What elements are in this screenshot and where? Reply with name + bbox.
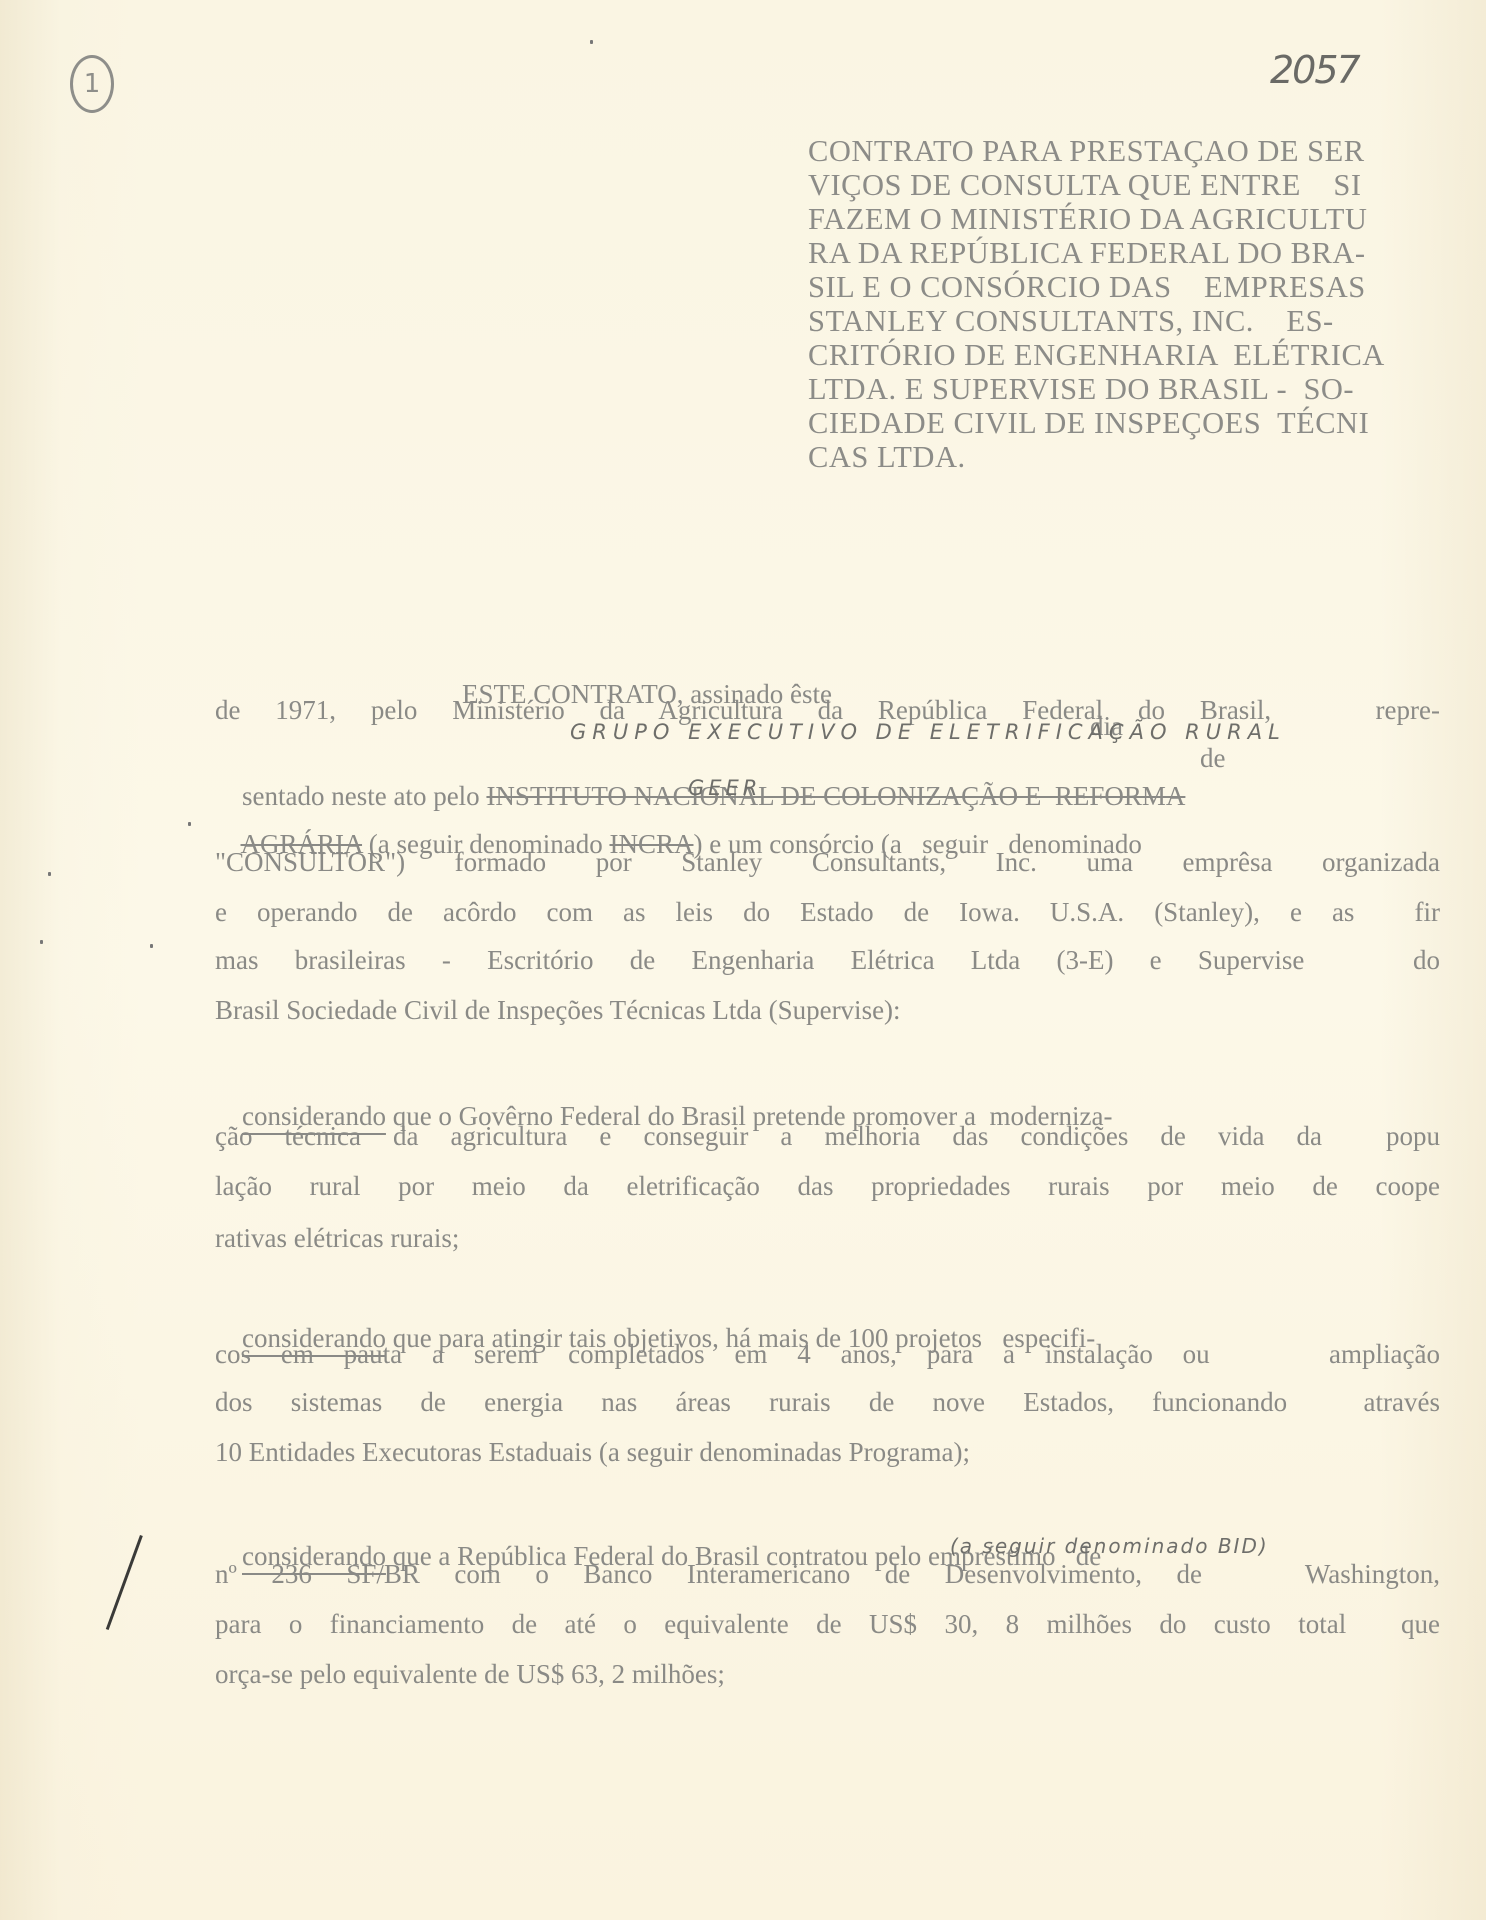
handwritten-folio-number: 2057 — [1270, 48, 1359, 92]
handwritten-insert-bid: (a seguir denominado BID) — [950, 1534, 1269, 1558]
handwritten-insert-geer-full: GRUPO EXECUTIVO DE ELETRIFICAÇÃO RURAL — [570, 720, 1286, 744]
page-number: 1 — [84, 69, 101, 99]
ink-speck — [188, 822, 191, 826]
clause-line: dos sistemas de energia nas áreas rurais… — [215, 1386, 1440, 1418]
clause-line: nº 236 SF/BR com o Banco Interamericano … — [215, 1558, 1440, 1590]
title-line: STANLEY CONSULTANTS, INC. ES- — [808, 304, 1428, 338]
ink-speck — [48, 872, 51, 876]
preamble-line: mas brasileiras - Escritório de Engenhar… — [215, 944, 1440, 976]
title-line: CAS LTDA. — [808, 440, 1428, 474]
ink-speck — [590, 40, 593, 44]
ink-speck — [150, 944, 153, 948]
title-line: FAZEM O MINISTÉRIO DA AGRICULTU — [808, 202, 1428, 236]
title-line: CRITÓRIO DE ENGENHARIA ELÉTRICA — [808, 338, 1428, 372]
ink-speck — [40, 940, 43, 944]
circled-page-number: 1 — [70, 55, 114, 113]
margin-pen-mark — [106, 1535, 143, 1630]
clause-line: lação rural por meio da eletrificação da… — [215, 1170, 1440, 1202]
title-line: VIÇOS DE CONSULTA QUE ENTRE SI — [808, 168, 1428, 202]
title-line: RA DA REPÚBLICA FEDERAL DO BRA- — [808, 236, 1428, 270]
preamble-line: Brasil Sociedade Civil de Inspeções Técn… — [215, 994, 1440, 1026]
title-line: LTDA. E SUPERVISE DO BRASIL - SO- — [808, 372, 1428, 406]
clause-line: ção técnica da agricultura e conseguir a… — [215, 1120, 1440, 1152]
title-line: CIEDADE CIVIL DE INSPEÇOES TÉCNI — [808, 406, 1428, 440]
clause-line: 10 Entidades Executoras Estaduais (a seg… — [215, 1436, 1440, 1468]
clause-line: orça-se pelo equivalente de US$ 63, 2 mi… — [215, 1658, 1440, 1690]
preamble-line: e operando de acôrdo com as leis do Esta… — [215, 896, 1440, 928]
document-page: 1 2057 CONTRATO PARA PRESTAÇAO DE SER VI… — [0, 0, 1486, 1920]
title-line: CONTRATO PARA PRESTAÇAO DE SER — [808, 134, 1428, 168]
preamble-line: "CONSULTOR") formado por Stanley Consult… — [215, 846, 1440, 878]
clause-line: para o financiamento de até o equivalent… — [215, 1608, 1440, 1640]
title-line: SIL E O CONSÓRCIO DAS EMPRESAS — [808, 270, 1428, 304]
clause-line: rativas elétricas rurais; — [215, 1222, 1440, 1254]
clause-line: cos em pauta a serem completados em 4 an… — [215, 1338, 1440, 1370]
contract-title-block: CONTRATO PARA PRESTAÇAO DE SER VIÇOS DE … — [808, 134, 1428, 474]
